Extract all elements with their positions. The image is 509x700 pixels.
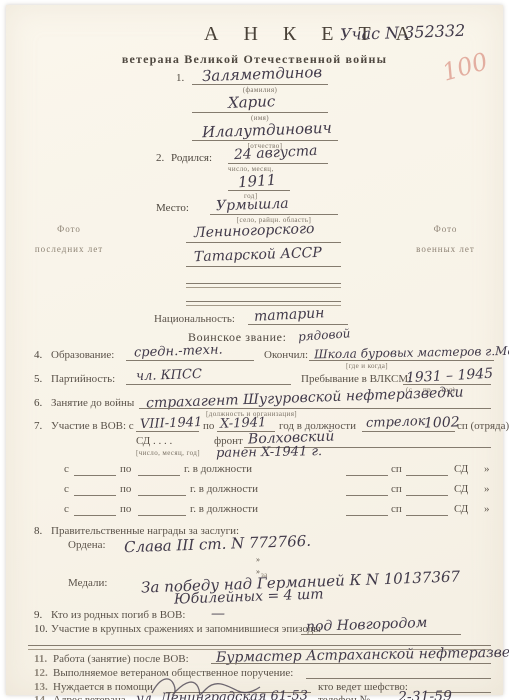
service-unit-value: 1002 xyxy=(424,414,460,431)
item11-number: 11. xyxy=(34,653,47,665)
service-from-value: VIII-1941 xyxy=(140,415,203,432)
row-sp-label: сп xyxy=(391,503,402,515)
phone-value: 2-31-59 xyxy=(398,689,452,700)
row-s-label: с xyxy=(64,463,69,475)
vlksm-label: Пребывание в ВЛКСМ: xyxy=(301,373,411,385)
item8-number: 8. xyxy=(34,525,42,537)
item12-number: 12. xyxy=(34,667,48,679)
birth-place-line3: Татарской АССР xyxy=(194,245,322,265)
photo-right-line2: военных лет xyxy=(398,240,493,260)
battles-value: под Новгородом xyxy=(306,615,428,635)
birth-year-value: 1911 xyxy=(237,171,276,192)
photo-right-line1: Фото xyxy=(398,220,493,240)
birth-place-line2: Лениногорского xyxy=(194,221,315,241)
finished-label: Окончил: xyxy=(264,349,308,361)
war-service-label: Участие в ВОВ: с xyxy=(51,420,134,432)
paper-sheet: А Н К Е Т А Учас N 352332 100 ветерана В… xyxy=(6,5,503,695)
row-sd-label: СД xyxy=(454,483,468,495)
battles-label: Участие в крупных сражениях и запомнивши… xyxy=(51,623,321,635)
item10-number: 10. xyxy=(34,623,48,635)
military-rank-value: рядовой xyxy=(298,326,351,344)
item2-number: 2. xyxy=(156,152,164,164)
row-s-label: с xyxy=(64,503,69,515)
phone-label: телефон № xyxy=(318,694,370,700)
relatives-label: Кто из родных погиб в ВОВ: xyxy=(51,609,185,621)
item7-number: 7. xyxy=(34,420,42,432)
prewar-label: Занятие до войны xyxy=(51,397,134,409)
postwar-label: Работа (занятие) после ВОВ: xyxy=(53,653,189,665)
item1-number: 1. xyxy=(176,72,184,84)
row-po-label: по xyxy=(120,483,131,495)
service-to-value: X-1941 xyxy=(220,415,267,432)
row-sp-label: сп xyxy=(391,463,402,475)
ditto-mark: » xyxy=(484,503,490,515)
birth-date-value: 24 августа xyxy=(234,143,318,163)
birth-place-value: Урмышла xyxy=(216,196,289,215)
finished-sublabel: [где и когда] xyxy=(346,362,388,370)
finished-value: Школа буровых мастеров г.Москва 1959. xyxy=(314,343,509,362)
row-mid-label: г. в должности xyxy=(184,463,252,475)
row-mid-label: г. в должности xyxy=(190,503,258,515)
photo-left-label: Фото последних лет xyxy=(24,220,114,260)
row-mid-label: г. в должности xyxy=(190,483,258,495)
item14-number: 14. xyxy=(34,694,48,700)
signature-mark xyxy=(146,669,266,700)
ditto-mark: » xyxy=(484,463,490,475)
orders-label: Ордена: xyxy=(68,539,106,551)
ditto-mark: » xyxy=(256,555,260,564)
item4-number: 4. xyxy=(34,349,42,361)
nationality-value: татарин xyxy=(254,305,325,325)
born-label: Родился: xyxy=(171,152,212,164)
ditto-mark: » xyxy=(484,483,490,495)
education-label: Образование: xyxy=(51,349,114,361)
photo-right-label: Фото военных лет xyxy=(398,220,493,260)
service-unit-label: сп (отряда) xyxy=(457,420,509,432)
row-s-label: с xyxy=(64,483,69,495)
wounded-note: ранен X-1941 г. xyxy=(216,444,322,461)
patronymic-value: Илалутдинович xyxy=(202,119,332,142)
photo-left-line1: Фото xyxy=(24,220,114,240)
patronage-label: кто ведет шефство: xyxy=(318,681,408,693)
row-sd-label: СД xyxy=(454,463,468,475)
sd-dots-label: СД . . . . xyxy=(136,435,172,447)
surname-value: Заляметдинов xyxy=(202,63,323,85)
row-sd-label: СД xyxy=(454,503,468,515)
row-sp-label: сп xyxy=(391,483,402,495)
education-value: средн.-техн. xyxy=(134,342,223,360)
date-format-sublabel: [число, месяц, год] xyxy=(136,449,200,457)
photo-left-line2: последних лет xyxy=(24,240,114,260)
address-label: Адрес ветерана xyxy=(53,694,126,700)
item6-number: 6. xyxy=(34,397,42,409)
party-label: Партийность: xyxy=(51,373,115,385)
service-position-value: стрелок xyxy=(366,414,426,431)
item5-number: 5. xyxy=(34,373,42,385)
nationality-label: Национальность: xyxy=(154,313,235,325)
case-number-handwritten: Учас N 352332 xyxy=(340,21,466,44)
relatives-value: — xyxy=(211,606,225,622)
row-po-label: по xyxy=(120,503,131,515)
party-value: чл. КПСС xyxy=(136,367,202,384)
item13-number: 13. xyxy=(34,681,48,693)
row-po-label: по xyxy=(120,463,131,475)
item9-number: 9. xyxy=(34,609,42,621)
blank-line xyxy=(186,283,341,288)
scanned-questionnaire-page: А Н К Е Т А Учас N 352332 100 ветерана В… xyxy=(0,0,509,700)
medals-label: Медали: xyxy=(68,577,107,589)
firstname-value: Харис xyxy=(228,92,276,112)
service-po-label: по xyxy=(203,420,214,432)
place-label: Место: xyxy=(156,202,189,214)
